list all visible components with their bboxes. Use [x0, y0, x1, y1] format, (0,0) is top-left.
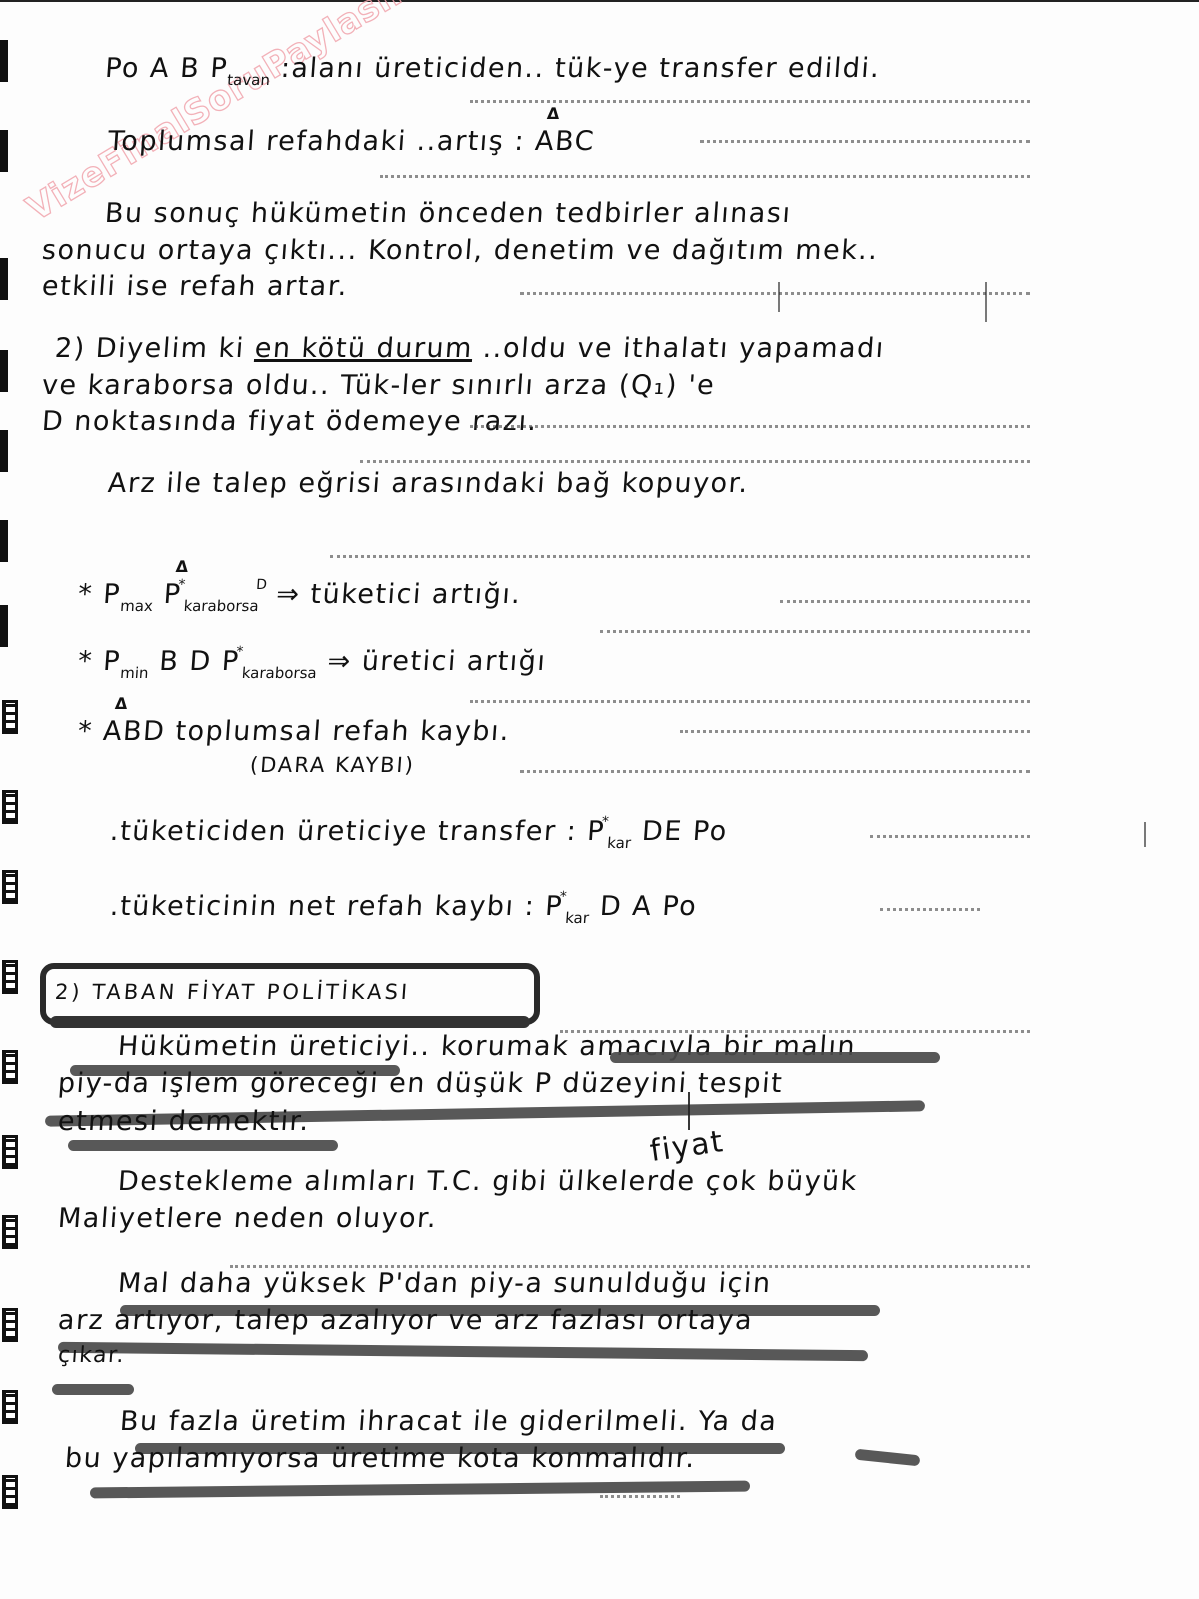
triangle-abd: ABD — [102, 718, 166, 745]
subscript: kar — [565, 909, 590, 927]
heading-highlight — [50, 1016, 530, 1028]
surplus-line-1: Mal daha yüksek P'dan piy-a sunulduğu iç… — [117, 1270, 772, 1297]
scan-noise — [470, 700, 1030, 705]
scan-noise — [880, 908, 980, 913]
note-line-supply-demand: Arz ile talep eğrisi arasındaki bağ kopu… — [107, 470, 750, 497]
text: :alanı üreticiden.. tük-ye transfer edil… — [280, 53, 882, 84]
formula: B D P — [148, 646, 241, 677]
scan-noise — [780, 600, 1030, 605]
binding-margin — [0, 0, 30, 1599]
bullet-deadweight-loss: * ABD toplumsal refah kaybı. — [77, 718, 511, 745]
superscript: D — [256, 577, 268, 593]
text: toplumsal refah kaybı. — [164, 716, 511, 747]
bullet-consumer-surplus: * Pmax P*karaborsaD ⇒ tüketici artığı. — [77, 578, 523, 614]
binding-hole — [2, 870, 18, 904]
formula-area: Po A B P — [104, 53, 229, 84]
text: .tüketiciden üreticiye transfer : P — [109, 816, 606, 847]
text: ..oldu ve ithalatı yapamadı — [472, 333, 886, 364]
formula: P — [102, 579, 122, 610]
binding-hole — [2, 960, 18, 994]
scan-noise — [520, 292, 1030, 297]
highlight-stroke — [68, 1140, 338, 1151]
annotation-arrow — [688, 1092, 690, 1130]
support-purchases-line-2: Maliyetlere neden oluyor. — [57, 1205, 438, 1232]
note-line-transfer: Po A B Ptavan :alanı üreticiden.. tük-ye… — [104, 55, 882, 88]
highlight-stroke — [58, 1342, 868, 1361]
binding-hole — [2, 1308, 18, 1342]
formula: P — [102, 646, 122, 677]
formula: DE Po — [631, 816, 729, 847]
scan-noise — [600, 630, 1030, 635]
binding-hole — [2, 700, 18, 734]
superscript: * — [236, 644, 244, 660]
note-line-consumer-to-producer: .tüketiciden üreticiye transfer : P*kar … — [109, 815, 729, 851]
support-purchases-line-1: Destekleme alımları T.C. gibi ülkelerde … — [117, 1168, 859, 1195]
bullet-icon: * — [77, 646, 94, 677]
note-line-conclusion-2: sonucu ortaya çıktı... Kontrol, denetim … — [41, 237, 879, 264]
triangle-abc: ABC — [534, 128, 596, 155]
binding-hole — [2, 1390, 18, 1424]
note-line-black-market: ve karaborsa oldu.. Tük-ler sınırlı arza… — [41, 372, 716, 399]
binding-hole — [2, 1050, 18, 1084]
definition-line-2: piy-da işlem göreceği en düşük P düzeyin… — [57, 1070, 784, 1097]
scan-noise — [600, 1495, 680, 1500]
watermark: VizeFinalSoruPaylasimi.com — [20, 0, 523, 229]
scan-noise — [778, 282, 780, 312]
highlight-stroke — [855, 1449, 921, 1467]
text: .tüketicinin net refah kaybı : P — [109, 891, 564, 922]
triangle-formula: P — [163, 581, 183, 608]
scan-noise — [1144, 822, 1146, 847]
text: 2) Diyelim ki — [54, 333, 256, 364]
note-line-conclusion-3: etkili ise refah artar. — [41, 273, 349, 300]
binding-hole — [0, 40, 8, 82]
bullet-icon: * — [77, 716, 94, 747]
bullet-producer-surplus: * Pmin B D P*karaborsa ⇒ üretici artığı — [77, 645, 548, 681]
binding-hole — [0, 605, 8, 647]
scan-noise — [985, 282, 987, 322]
text: ⇒ tüketici artığı. — [275, 579, 522, 610]
note-line-net-welfare-loss: .tüketicinin net refah kaybı : P*kar D A… — [109, 890, 699, 926]
scan-noise — [360, 460, 1030, 465]
subscript: kar — [607, 834, 632, 852]
superscript: * — [601, 814, 609, 830]
superscript: * — [559, 889, 567, 905]
note-line-point-d: D noktasında fiyat ödemeye razı. — [41, 408, 539, 435]
text: Toplumsal refahdaki ..artış : — [107, 126, 536, 157]
scan-noise — [380, 175, 1030, 180]
text: ⇒ üretici artığı — [316, 646, 547, 677]
deadweight-loss-label: (DARA KAYBI) — [249, 755, 415, 776]
export-line-1: Bu fazla üretim ihracat ile giderilmeli.… — [119, 1408, 778, 1435]
scan-noise — [680, 730, 1030, 735]
note-line-welfare-increase: Toplumsal refahdaki ..artış : ABC — [107, 128, 596, 155]
subscript: min — [120, 664, 150, 682]
note-line-conclusion-1: Bu sonuç hükümetin önceden tedbirler alı… — [104, 200, 792, 227]
scan-noise — [330, 555, 1030, 560]
binding-hole — [0, 430, 8, 472]
formula: D A Po — [589, 891, 699, 922]
subscript: karaborsa — [241, 664, 317, 682]
binding-hole — [0, 350, 8, 392]
scan-noise — [700, 140, 1030, 145]
binding-hole — [2, 790, 18, 824]
annotation-fiyat: fiyat — [648, 1127, 726, 1167]
bullet-icon: * — [77, 579, 94, 610]
surplus-line-3: çıkar. — [57, 1345, 126, 1367]
binding-hole — [0, 130, 8, 172]
highlight-stroke — [610, 1052, 940, 1063]
scan-noise — [870, 835, 1030, 840]
underlined-text: en kötü durum — [254, 333, 474, 364]
subscript: max — [120, 597, 154, 615]
binding-hole — [2, 1135, 18, 1169]
scan-noise — [470, 425, 1030, 430]
scanned-notes-page: VizeFinalSoruPaylasimi.com Po A B Ptavan… — [0, 0, 1199, 1599]
subscript: karaborsa — [183, 597, 259, 615]
note-line-worst-case: 2) Diyelim ki en kötü durum ..oldu ve it… — [54, 335, 886, 362]
binding-hole — [2, 1475, 18, 1509]
surplus-line-2: arz artıyor, talep azalıyor ve arz fazla… — [57, 1307, 754, 1334]
binding-hole — [0, 258, 8, 300]
binding-hole — [2, 1215, 18, 1249]
section-heading: 2) TABAN FİYAT POLİTİKASI — [54, 982, 411, 1003]
highlight-stroke — [52, 1384, 134, 1395]
subscript: tavan — [227, 71, 271, 89]
scan-noise — [520, 770, 1030, 775]
definition-line-3: etmesi demektir. — [57, 1108, 311, 1135]
binding-hole — [0, 520, 8, 562]
scan-edge — [0, 0, 1199, 2]
export-line-2: bu yapılamıyorsa üretime kota konmalıdır… — [64, 1445, 697, 1472]
